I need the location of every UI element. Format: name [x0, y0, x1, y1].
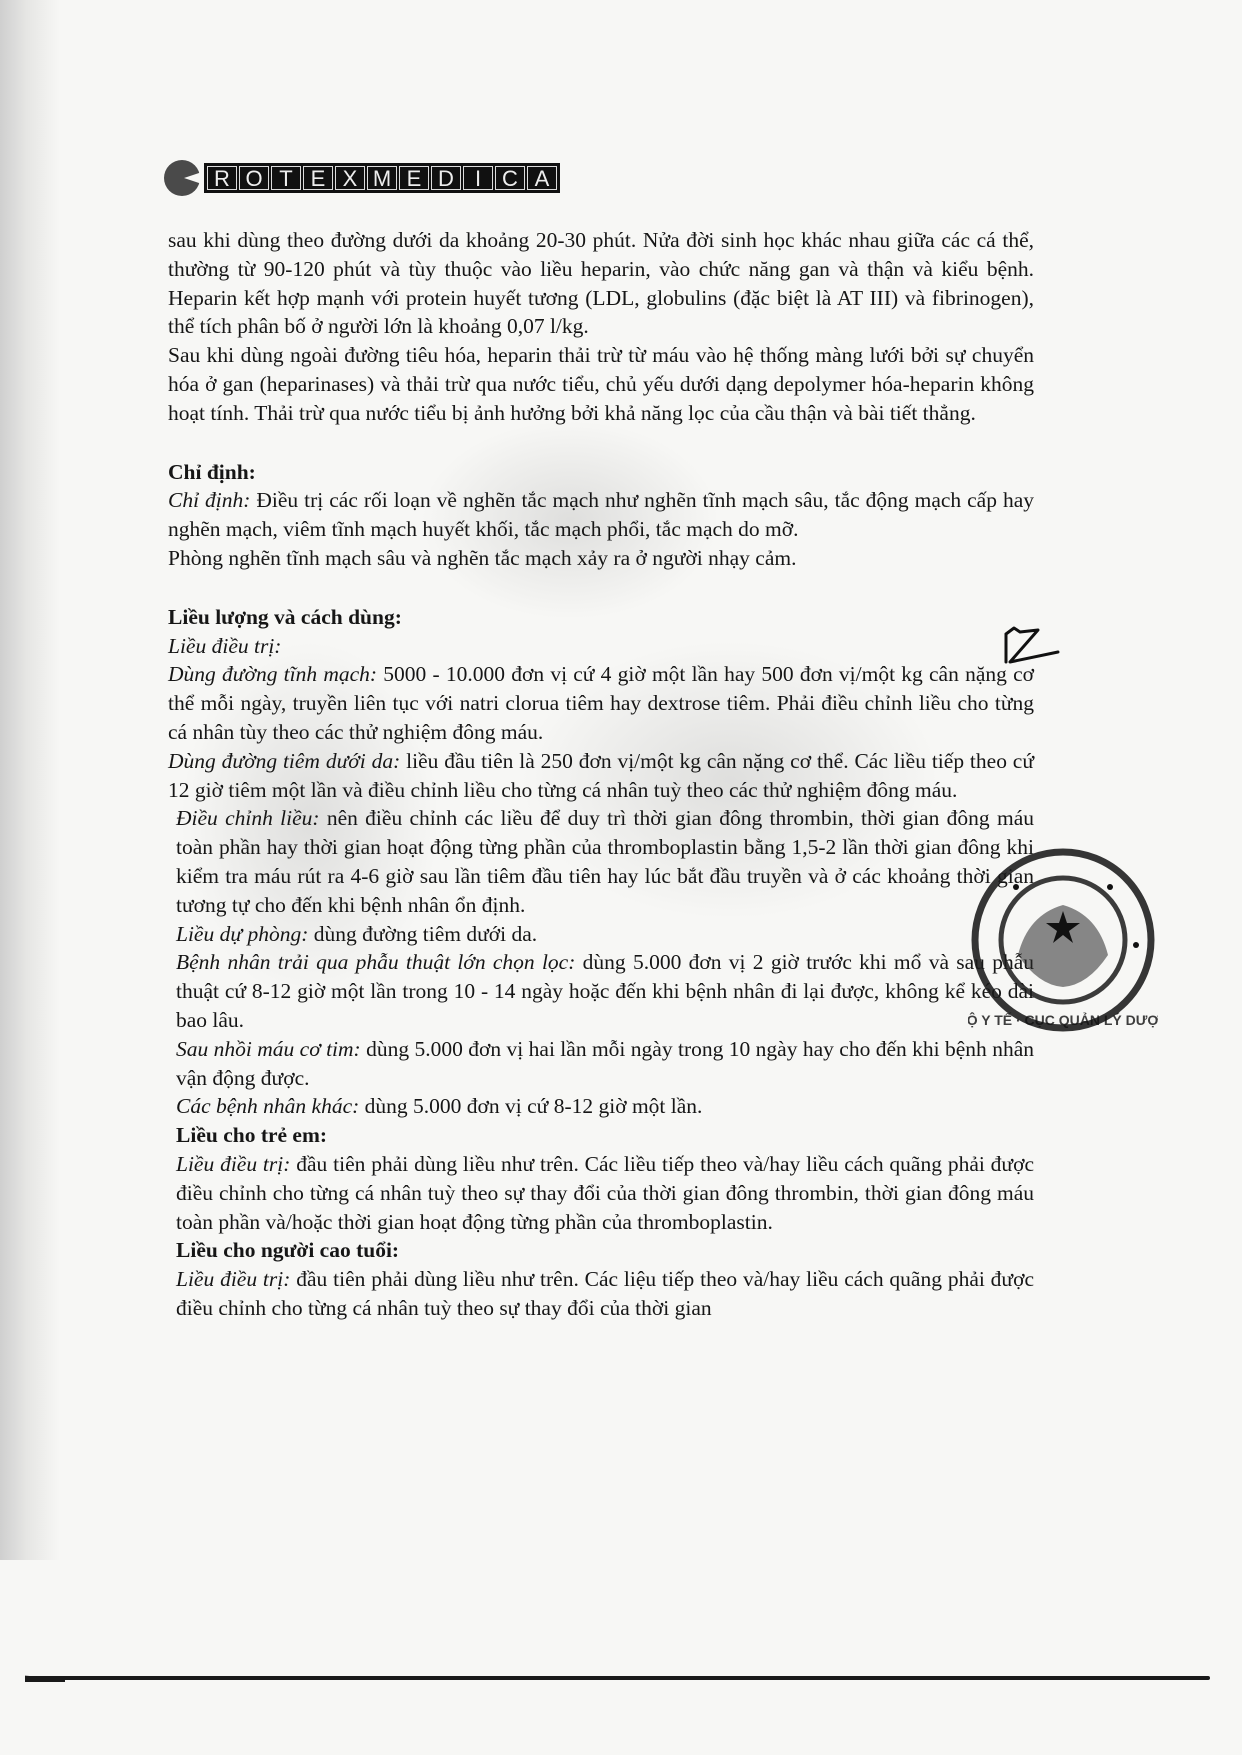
logo-emblem-icon — [164, 160, 200, 196]
children-label: Liều điều trị: — [176, 1152, 290, 1176]
iv-label: Dùng đường tĩnh mạch: — [168, 662, 377, 686]
other-patients-paragraph: Các bệnh nhân khác: dùng 5.000 đơn vị cứ… — [168, 1092, 1034, 1121]
logo-letter: X — [335, 166, 365, 190]
prophylaxis-text: dùng đường tiêm dưới da. — [308, 922, 537, 946]
indications-heading: Chỉ định: — [168, 458, 1034, 487]
surgery-paragraph: Bệnh nhân trải qua phẫu thuật lớn chọn l… — [168, 948, 1034, 1034]
surgery-label: Bệnh nhân trải qua phẫu thuật lớn chọn l… — [176, 950, 575, 974]
children-text: đầu tiên phải dùng liều như trên. Các li… — [176, 1152, 1034, 1234]
document-body: sau khi dùng theo đường dưới da khoảng 2… — [168, 226, 1034, 1323]
children-heading: Liều cho trẻ em: — [168, 1121, 1034, 1150]
sc-label: Dùng đường tiêm dưới da: — [168, 749, 400, 773]
prophylaxis-label: Liều dự phòng: — [176, 922, 308, 946]
logo-letter: O — [239, 166, 269, 190]
pharmacokinetics-paragraph-1: sau khi dùng theo đường dưới da khoảng 2… — [168, 226, 1034, 341]
prevention-paragraph: Phòng nghẽn tĩnh mạch sâu và nghẽn tắc m… — [168, 544, 1034, 573]
logo-letter: I — [463, 166, 493, 190]
official-stamp-icon: BỘ Y TẾ · CỤC QUẢN LÝ DƯỢC — [968, 845, 1158, 1035]
elderly-label: Liều điều trị: — [176, 1267, 290, 1291]
page-bottom-rule — [25, 1676, 1210, 1680]
logo-letter: D — [431, 166, 461, 190]
stamp-text: BỘ Y TẾ · CỤC QUẢN LÝ DƯỢC — [968, 1011, 1158, 1028]
logo-letter: E — [303, 166, 333, 190]
pharmacokinetics-paragraph-2: Sau khi dùng ngoài đường tiêu hóa, hepar… — [168, 341, 1034, 427]
sc-paragraph: Dùng đường tiêm dưới da: liều đầu tiên l… — [168, 747, 1034, 805]
rotexmedica-logo: R O T E X M E D I C A — [164, 160, 560, 196]
logo-letter: R — [207, 166, 237, 190]
mi-paragraph: Sau nhồi máu cơ tim: dùng 5.000 đơn vị h… — [168, 1035, 1034, 1093]
iv-paragraph: Dùng đường tĩnh mạch: 5000 - 10.000 đơn … — [168, 660, 1034, 746]
indications-text: Điều trị các rối loạn về nghẽn tắc mạch … — [168, 488, 1034, 541]
adjust-paragraph: Điều chỉnh liều: nên điều chỉnh các liều… — [168, 804, 1034, 919]
logo-letter: A — [527, 166, 557, 190]
scan-edge-shadow — [0, 0, 60, 1560]
elderly-text: đầu tiên phải dùng liều như trên. Các li… — [176, 1267, 1034, 1320]
elderly-heading: Liều cho người cao tuổi: — [168, 1236, 1034, 1265]
treatment-dose-label: Liều điều trị: — [168, 632, 1034, 661]
dosage-heading: Liều lượng và cách dùng: — [168, 603, 1034, 632]
children-paragraph: Liều điều trị: đầu tiên phải dùng liều n… — [168, 1150, 1034, 1236]
logo-letter: C — [495, 166, 525, 190]
logo-letter: M — [367, 166, 397, 190]
elderly-paragraph: Liều điều trị: đầu tiên phải dùng liều n… — [168, 1265, 1034, 1323]
other-text: dùng 5.000 đơn vị cứ 8-12 giờ một lần. — [359, 1094, 702, 1118]
mi-label: Sau nhồi máu cơ tim: — [176, 1037, 361, 1061]
indications-paragraph: Chỉ định: Điều trị các rối loạn về nghẽn… — [168, 486, 1034, 544]
adjust-label: Điều chỉnh liều: — [176, 806, 320, 830]
indications-label: Chỉ định: — [168, 488, 250, 512]
logo-wordmark: R O T E X M E D I C A — [204, 163, 560, 193]
handwritten-initial-mark — [1000, 622, 1062, 672]
logo-letter: E — [399, 166, 429, 190]
prophylaxis-paragraph: Liều dự phòng: dùng đường tiêm dưới da. — [168, 920, 1034, 949]
logo-letter: T — [271, 166, 301, 190]
other-label: Các bệnh nhân khác: — [176, 1094, 359, 1118]
